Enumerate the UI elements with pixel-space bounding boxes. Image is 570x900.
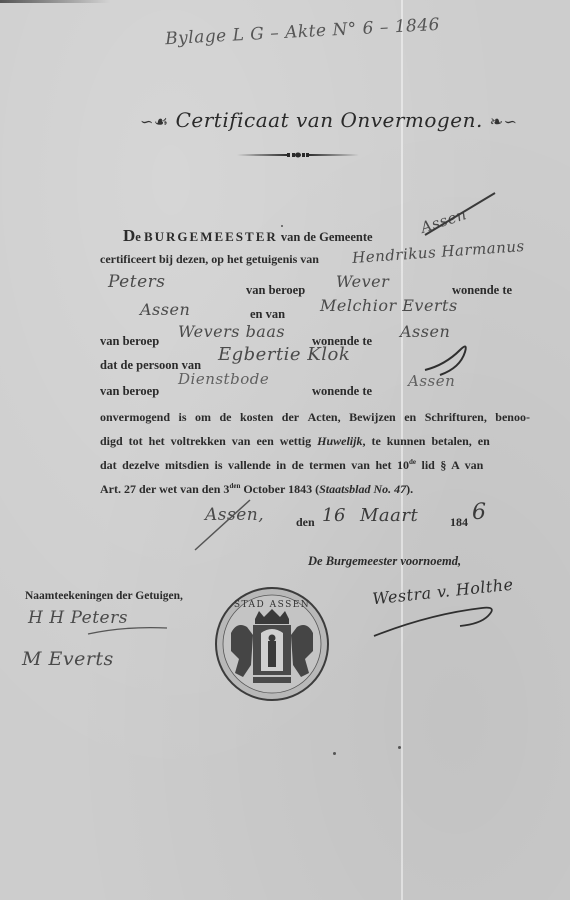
- hand-witness1-occupation: Wever: [336, 272, 389, 291]
- word: der: [282, 410, 299, 425]
- hand-day: 16: [322, 505, 346, 526]
- year-print: 184: [450, 515, 468, 530]
- paragraph-line-1: onvermogend is om de kosten der Acten, B…: [100, 410, 530, 425]
- text: October 1843 (: [240, 482, 319, 496]
- seal-legend: STAD ASSEN: [234, 600, 310, 610]
- label-van-beroep: van beroep: [246, 283, 305, 298]
- document-title: ∽☙ Certificaat van Onvermogen. ❧∽: [140, 108, 470, 132]
- initial-lead: e: [135, 230, 141, 244]
- line-burgemeester: De BURGEMEESTER van de Gemeente: [123, 226, 373, 246]
- word: Acten,: [308, 410, 341, 425]
- hand-witness1-surname: Peters: [108, 272, 165, 292]
- city-seal-icon: STAD ASSEN: [213, 585, 331, 703]
- gemeente-text: van de Gemeente: [281, 230, 373, 244]
- word: benoo-: [495, 410, 530, 425]
- word: kosten: [240, 410, 273, 425]
- hand-witness1-name: Hendrikus Harmanus: [352, 237, 526, 267]
- left-ornament-icon: ∽☙: [140, 112, 169, 131]
- paper-fold-line: [401, 0, 403, 900]
- huwelijk-italic: Huwelijk: [317, 434, 362, 448]
- word: onvermogend: [100, 410, 170, 425]
- word: Schrifturen,: [425, 410, 487, 425]
- hand-witness2-residence: Assen: [400, 322, 450, 341]
- paragraph-line-2: digd tot het voltrekken van een wettig H…: [100, 434, 490, 449]
- scan-edge-shadow: [0, 0, 110, 3]
- right-ornament-icon: ❧∽: [490, 112, 518, 131]
- superscript: de: [409, 458, 416, 466]
- text: ).: [406, 482, 413, 496]
- title-text: Certificaat van Onvermogen.: [176, 108, 483, 132]
- closing-burgemeester: De Burgemeester voornoemd,: [308, 554, 461, 569]
- hand-subject-occupation: Dienstbode: [178, 370, 269, 388]
- hand-witness2-name: Melchior Everts: [320, 296, 458, 315]
- label-wonende-te: wonende te: [312, 384, 372, 399]
- document-page: Bylage L G – Akte N° 6 – 1846 ∽☙ Certifi…: [0, 0, 570, 900]
- paragraph-line-3: dat dezelve mitsdien is vallende in de t…: [100, 458, 483, 473]
- label-wonende-te: wonende te: [452, 283, 512, 298]
- text: , te kunnen betalen, en: [362, 434, 489, 448]
- paper-speck: [398, 746, 401, 749]
- decorative-rule-icon: [237, 150, 359, 160]
- hand-subject-name: Egbertie Klok: [218, 344, 350, 365]
- text: digd tot het voltrekken van een wettig: [100, 434, 311, 448]
- signature-flourish: [370, 600, 500, 640]
- hand-month: Maart: [360, 505, 418, 526]
- word: is: [178, 410, 186, 425]
- word: om: [195, 410, 211, 425]
- pen-stroke: [190, 495, 270, 555]
- superscript: den: [229, 482, 240, 490]
- line-certificeert: certificeert bij dezen, op het getuigeni…: [100, 252, 319, 267]
- word: de: [219, 410, 231, 425]
- label-en-van: en van: [250, 307, 285, 322]
- signature-underline: [85, 624, 170, 638]
- paper-speck: [333, 752, 336, 755]
- label-van-beroep: van beroep: [100, 334, 159, 349]
- word: Bewijzen: [349, 410, 396, 425]
- pen-stroke: [420, 190, 500, 240]
- label-den: den: [296, 515, 315, 530]
- burgemeester-caps: BURGEMEESTER: [144, 229, 278, 244]
- initial-letter: D: [123, 226, 135, 245]
- archive-annotation: Bylage L G – Akte N° 6 – 1846: [165, 15, 441, 49]
- label-van-beroep: van beroep: [100, 384, 159, 399]
- witnesses-label: Naamteekeningen der Getuigen,: [25, 590, 183, 602]
- text: Art. 27 der wet van den 3: [100, 482, 229, 496]
- text: lid § A van: [416, 458, 483, 472]
- witness-signature-2: M Everts: [22, 648, 114, 670]
- hand-subject-residence: Assen: [408, 372, 455, 390]
- hand-witness1-residence: Assen: [140, 300, 190, 319]
- text: dat dezelve mitsdien is vallende in de t…: [100, 458, 409, 472]
- staatsblad-italic: Staatsblad No. 47: [319, 482, 406, 496]
- word: en: [404, 410, 416, 425]
- hand-witness2-occupation: Wevers baas: [178, 322, 285, 341]
- hand-year-digit: 6: [472, 500, 487, 525]
